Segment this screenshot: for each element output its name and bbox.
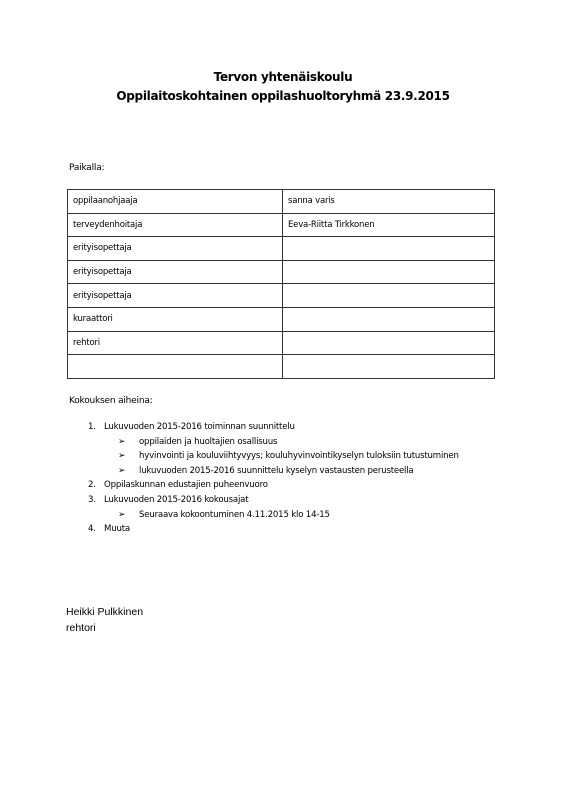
school-name: Tervon yhtenäiskoulu (0, 70, 566, 84)
table-row: oppilaanohjaaja sanna varis (68, 190, 495, 214)
attendance-table: oppilaanohjaaja sanna varis terveydenhoi… (67, 189, 495, 379)
table-row: terveydenhoitaja Eeva-Riitta Tirkkonen (68, 213, 495, 237)
agenda-item: 3. Lukuvuoden 2015-2016 kokousajat ➢ Seu… (69, 493, 459, 522)
table-row: erityisopettaja (68, 284, 495, 308)
name-cell (283, 331, 495, 355)
agenda-subitem: ➢ lukuvuoden 2015-2016 suunnittelu kysel… (104, 464, 459, 479)
agenda-item: 1. Lukuvuoden 2015-2016 toiminnan suunni… (69, 420, 459, 478)
arrowhead-bullet-icon: ➢ (118, 464, 125, 479)
agenda-item-number: 1. (88, 420, 96, 435)
role-cell (68, 355, 283, 379)
agenda-subitem: ➢ oppilaiden ja huoltajien osallisuus (104, 435, 459, 450)
agenda-item-text: Lukuvuoden 2015-2016 kokousajat (104, 495, 248, 505)
role-cell: erityisopettaja (68, 260, 283, 284)
name-cell (283, 355, 495, 379)
agenda-item-text: Muuta (104, 524, 130, 534)
table-row (68, 355, 495, 379)
agenda-item-number: 3. (88, 493, 96, 508)
agenda-item-number: 2. (88, 478, 96, 493)
agenda-list: 1. Lukuvuoden 2015-2016 toiminnan suunni… (69, 420, 459, 537)
agenda-item-text: Oppilaskunnan edustajien puheenvuoro (104, 480, 268, 490)
agenda-item: 2. Oppilaskunnan edustajien puheenvuoro (69, 478, 459, 493)
signature-title: rehtori (66, 622, 96, 634)
agenda-subitems: ➢ oppilaiden ja huoltajien osallisuus ➢ … (104, 435, 459, 479)
table-row: kuraattori (68, 307, 495, 331)
table-row: erityisopettaja (68, 260, 495, 284)
agenda-subitem-text: Seuraava kokoontuminen 4.11.2015 klo 14-… (139, 510, 330, 520)
name-cell: Eeva-Riitta Tirkkonen (283, 213, 495, 237)
arrowhead-bullet-icon: ➢ (118, 508, 125, 523)
agenda-subitem-text: hyvinvointi ja kouluviihtyvyys; kouluhyv… (139, 451, 459, 461)
role-cell: rehtori (68, 331, 283, 355)
role-cell: erityisopettaja (68, 237, 283, 261)
arrowhead-bullet-icon: ➢ (118, 449, 125, 464)
agenda-subitems: ➢ Seuraava kokoontuminen 4.11.2015 klo 1… (104, 508, 459, 523)
signature-name: Heikki Pulkkinen (66, 606, 143, 618)
agenda-item: 4. Muuta (69, 522, 459, 537)
attendance-label: Paikalla: (69, 163, 104, 173)
agenda-subitem: ➢ hyvinvointi ja kouluviihtyvyys; kouluh… (104, 449, 459, 464)
role-cell: erityisopettaja (68, 284, 283, 308)
role-cell: terveydenhoitaja (68, 213, 283, 237)
agenda-subitem-text: oppilaiden ja huoltajien osallisuus (139, 437, 277, 447)
agenda-item-text: Lukuvuoden 2015-2016 toiminnan suunnitte… (104, 422, 295, 432)
name-cell (283, 260, 495, 284)
role-cell: oppilaanohjaaja (68, 190, 283, 214)
table-row: rehtori (68, 331, 495, 355)
name-cell (283, 237, 495, 261)
name-cell: sanna varis (283, 190, 495, 214)
arrowhead-bullet-icon: ➢ (118, 435, 125, 450)
name-cell (283, 307, 495, 331)
table-row: erityisopettaja (68, 237, 495, 261)
agenda-subitem-text: lukuvuoden 2015-2016 suunnittelu kyselyn… (139, 466, 414, 476)
agenda-item-number: 4. (88, 522, 96, 537)
agenda-label: Kokouksen aiheina: (69, 396, 152, 406)
meeting-title: Oppilaitoskohtainen oppilashuoltoryhmä 2… (0, 89, 566, 103)
name-cell (283, 284, 495, 308)
role-cell: kuraattori (68, 307, 283, 331)
agenda-subitem: ➢ Seuraava kokoontuminen 4.11.2015 klo 1… (104, 508, 459, 523)
